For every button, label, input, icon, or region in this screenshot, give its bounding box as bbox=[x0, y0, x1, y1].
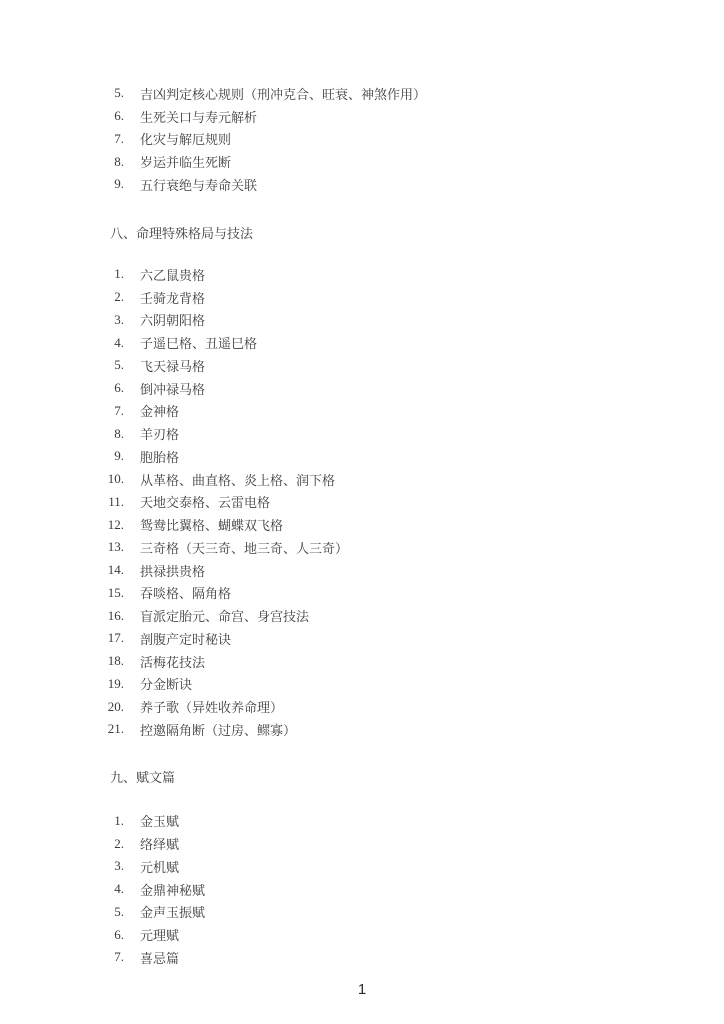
item-number: 16. bbox=[92, 608, 124, 624]
item-number: 3. bbox=[92, 312, 124, 328]
item-number: 19. bbox=[92, 676, 124, 692]
item-text: 鸳鸯比翼格、蝴蝶双飞格 bbox=[140, 515, 283, 534]
item-number: 8. bbox=[92, 154, 124, 170]
list-item: 5.金声玉振赋 bbox=[0, 901, 724, 924]
item-text: 六乙鼠贵格 bbox=[140, 265, 205, 284]
item-number: 5. bbox=[92, 85, 124, 101]
list-item: 6.倒冲禄马格 bbox=[0, 377, 724, 400]
document-page: 5.吉凶判定核心规则（刑冲克合、旺衰、神煞作用）6.生死关口与寿元解析7.化灾与… bbox=[0, 0, 724, 1024]
item-number: 3. bbox=[92, 858, 124, 874]
item-text: 天地交泰格、云雷电格 bbox=[140, 492, 270, 511]
item-text: 子遥巳格、丑遥巳格 bbox=[140, 333, 257, 352]
list-item: 1.六乙鼠贵格 bbox=[0, 263, 724, 286]
item-number: 6. bbox=[92, 380, 124, 396]
section-heading: 九、赋文篇 bbox=[0, 765, 724, 788]
item-number: 1. bbox=[92, 266, 124, 282]
list-item: 16.盲派定胎元、命宫、身宫技法 bbox=[0, 604, 724, 627]
section-heading: 八、命理特殊格局与技法 bbox=[0, 221, 724, 244]
item-number: 7. bbox=[92, 949, 124, 965]
list-item: 8.羊刃格 bbox=[0, 422, 724, 445]
item-text: 飞天禄马格 bbox=[140, 356, 205, 375]
toc-list-section-9: 1.金玉赋2.络绎赋3.元机赋4.金鼎神秘赋5.金声玉振赋6.元理赋7.喜忌篇 bbox=[0, 810, 724, 969]
item-number: 18. bbox=[92, 653, 124, 669]
item-text: 从革格、曲直格、炎上格、润下格 bbox=[140, 470, 335, 489]
list-item: 11.天地交泰格、云雷电格 bbox=[0, 491, 724, 514]
item-number: 8. bbox=[92, 426, 124, 442]
item-number: 6. bbox=[92, 108, 124, 124]
item-text: 元理赋 bbox=[140, 925, 179, 944]
list-item: 1.金玉赋 bbox=[0, 810, 724, 833]
item-number: 21. bbox=[92, 721, 124, 737]
list-item: 18.活梅花技法 bbox=[0, 650, 724, 673]
item-text: 化灾与解厄规则 bbox=[140, 129, 231, 148]
item-text: 六阴朝阳格 bbox=[140, 310, 205, 329]
item-text: 盲派定胎元、命宫、身宫技法 bbox=[140, 606, 309, 625]
item-text: 吉凶判定核心规则（刑冲克合、旺衰、神煞作用） bbox=[140, 84, 426, 103]
list-item: 7.化灾与解厄规则 bbox=[0, 128, 724, 151]
item-number: 2. bbox=[92, 289, 124, 305]
item-number: 5. bbox=[92, 357, 124, 373]
item-text: 生死关口与寿元解析 bbox=[140, 107, 257, 126]
item-text: 剖腹产定时秘诀 bbox=[140, 629, 231, 648]
item-number: 9. bbox=[92, 448, 124, 464]
item-number: 4. bbox=[92, 335, 124, 351]
item-number: 17. bbox=[92, 630, 124, 646]
item-number: 12. bbox=[92, 517, 124, 533]
item-text: 拱禄拱贵格 bbox=[140, 561, 205, 580]
item-number: 4. bbox=[92, 881, 124, 897]
list-item: 15.吞啖格、隔角格 bbox=[0, 582, 724, 605]
item-number: 1. bbox=[92, 813, 124, 829]
item-text: 壬骑龙背格 bbox=[140, 288, 205, 307]
list-item: 17.剖腹产定时秘诀 bbox=[0, 627, 724, 650]
list-item: 13.三奇格（天三奇、地三奇、人三奇） bbox=[0, 536, 724, 559]
list-item: 2.络绎赋 bbox=[0, 832, 724, 855]
item-text: 倒冲禄马格 bbox=[140, 379, 205, 398]
item-text: 金鼎神秘赋 bbox=[140, 880, 205, 899]
list-item: 5.飞天禄马格 bbox=[0, 354, 724, 377]
list-item: 5.吉凶判定核心规则（刑冲克合、旺衰、神煞作用） bbox=[0, 82, 724, 105]
list-item: 7.金神格 bbox=[0, 400, 724, 423]
item-number: 7. bbox=[92, 403, 124, 419]
item-text: 金神格 bbox=[140, 401, 179, 420]
item-text: 分金断诀 bbox=[140, 674, 192, 693]
item-number: 6. bbox=[92, 927, 124, 943]
item-text: 三奇格（天三奇、地三奇、人三奇） bbox=[140, 538, 348, 557]
list-item: 4.子遥巳格、丑遥巳格 bbox=[0, 331, 724, 354]
list-item: 8.岁运并临生死断 bbox=[0, 150, 724, 173]
page-content: 5.吉凶判定核心规则（刑冲克合、旺衰、神煞作用）6.生死关口与寿元解析7.化灾与… bbox=[0, 0, 724, 998]
item-number: 15. bbox=[92, 585, 124, 601]
item-number: 7. bbox=[92, 131, 124, 147]
list-item: 21.控邀隔角断（过房、鳏寡） bbox=[0, 718, 724, 741]
list-item: 3.元机赋 bbox=[0, 855, 724, 878]
toc-list-continuation: 5.吉凶判定核心规则（刑冲克合、旺衰、神煞作用）6.生死关口与寿元解析7.化灾与… bbox=[0, 82, 724, 196]
item-text: 喜忌篇 bbox=[140, 948, 179, 967]
list-item: 12.鸳鸯比翼格、蝴蝶双飞格 bbox=[0, 513, 724, 536]
item-text: 元机赋 bbox=[140, 857, 179, 876]
list-item: 6.生死关口与寿元解析 bbox=[0, 105, 724, 128]
item-number: 9. bbox=[92, 176, 124, 192]
item-text: 络绎赋 bbox=[140, 834, 179, 853]
item-number: 13. bbox=[92, 539, 124, 555]
item-text: 羊刃格 bbox=[140, 424, 179, 443]
item-text: 养子歌（异姓收养命理） bbox=[140, 697, 283, 716]
item-number: 20. bbox=[92, 699, 124, 715]
list-item: 9.五行衰绝与寿命关联 bbox=[0, 173, 724, 196]
item-text: 金玉赋 bbox=[140, 811, 179, 830]
list-item: 19.分金断诀 bbox=[0, 673, 724, 696]
list-item: 20.养子歌（异姓收养命理） bbox=[0, 695, 724, 718]
list-item: 7.喜忌篇 bbox=[0, 946, 724, 969]
list-item: 4.金鼎神秘赋 bbox=[0, 878, 724, 901]
list-item: 10.从革格、曲直格、炎上格、润下格 bbox=[0, 468, 724, 491]
item-text: 岁运并临生死断 bbox=[140, 152, 231, 171]
list-item: 14.拱禄拱贵格 bbox=[0, 559, 724, 582]
list-item: 2.壬骑龙背格 bbox=[0, 286, 724, 309]
item-text: 金声玉振赋 bbox=[140, 902, 205, 921]
item-text: 活梅花技法 bbox=[140, 652, 205, 671]
list-item: 9.胞胎格 bbox=[0, 445, 724, 468]
list-item: 6.元理赋 bbox=[0, 923, 724, 946]
list-item: 3.六阴朝阳格 bbox=[0, 309, 724, 332]
item-number: 10. bbox=[92, 471, 124, 487]
item-text: 五行衰绝与寿命关联 bbox=[140, 175, 257, 194]
item-text: 胞胎格 bbox=[140, 447, 179, 466]
toc-list-section-8: 1.六乙鼠贵格2.壬骑龙背格3.六阴朝阳格4.子遥巳格、丑遥巳格5.飞天禄马格6… bbox=[0, 263, 724, 741]
item-number: 14. bbox=[92, 562, 124, 578]
item-number: 11. bbox=[92, 494, 124, 510]
item-number: 5. bbox=[92, 904, 124, 920]
page-number: 1 bbox=[0, 981, 724, 998]
item-number: 2. bbox=[92, 836, 124, 852]
item-text: 吞啖格、隔角格 bbox=[140, 583, 231, 602]
item-text: 控邀隔角断（过房、鳏寡） bbox=[140, 720, 296, 739]
